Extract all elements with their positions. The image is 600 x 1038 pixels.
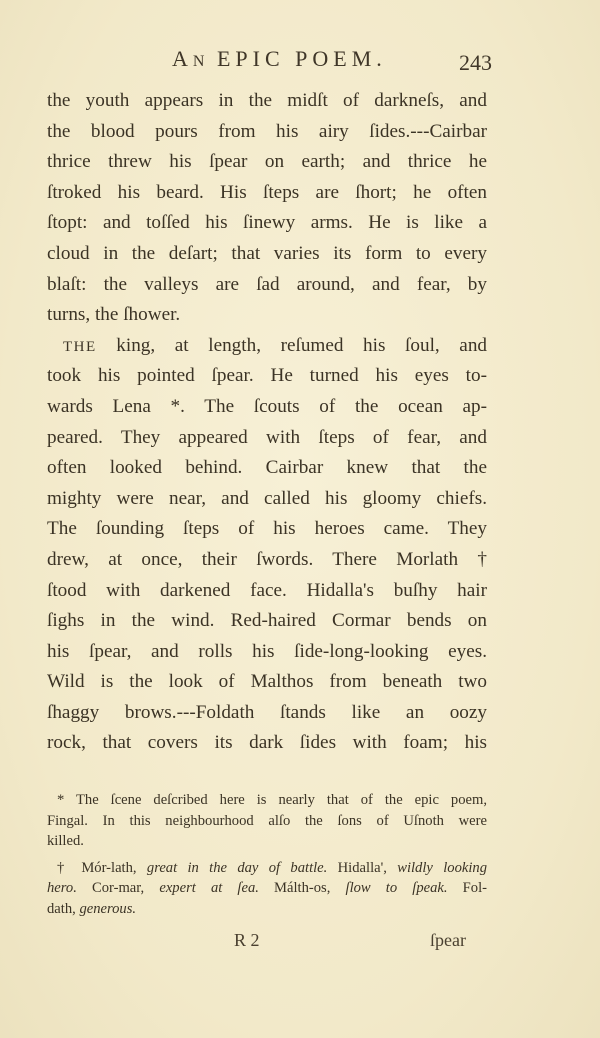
text-line: often looked behind. Cairbar knew that t… — [47, 453, 487, 484]
text-line: his ſpear, and rolls his ſide-long-looki… — [47, 637, 487, 668]
text-line: The ſounding ſteps of his heroes came. T… — [47, 514, 487, 545]
footnote-text: Hidalla', — [327, 860, 397, 876]
signature-mark: R 2 — [234, 930, 260, 951]
page-number: 243 — [459, 50, 492, 76]
text-line: the blood pours from his airy ſides.---C… — [47, 117, 487, 148]
footnote-line: † Mór-lath, great in the day of battle. … — [47, 858, 487, 879]
running-head-prefix: AN — [172, 46, 206, 71]
italic-gloss: hero. — [47, 880, 77, 896]
text-line: Wild is the look of Malthos from beneath… — [47, 667, 487, 698]
text-line: ſtroked his beard. His ſteps are ſhort; … — [47, 178, 487, 209]
text-line: ſighs in the wind. Red-haired Cormar ben… — [47, 606, 487, 637]
running-head: AN EPIC POEM. — [172, 46, 387, 72]
footnote-line: hero. Cor-mar, expert at ſea. Málth-os, … — [47, 878, 487, 899]
text-line: wards Lena *. The ſcouts of the ocean ap… — [47, 392, 487, 423]
text-line: thrice threw his ſpear on earth; and thr… — [47, 147, 487, 178]
text-line: ſtood with darkened face. Hidalla's buſh… — [47, 576, 487, 607]
text-line: drew, at once, their ſwords. There Morla… — [47, 545, 487, 576]
text-line: ſtopt: and toſſed his ſinewy arms. He is… — [47, 208, 487, 239]
footnote-line: Fingal. In this neighbourhood alſo the ſ… — [47, 811, 487, 832]
footnote-line: killed. — [47, 831, 487, 852]
italic-gloss: generous. — [79, 901, 136, 917]
text-line: turns, the ſhower. — [47, 300, 487, 331]
text-line: ſhaggy brows.---Foldath ſtands like an o… — [47, 698, 487, 729]
footnote-text: Cor-mar, — [77, 880, 159, 896]
text-line: THE king, at length, reſumed his ſoul, a… — [47, 331, 487, 362]
footnote-dagger: † Mór-lath, great in the day of battle. … — [47, 858, 487, 920]
text-line: blaſt: the valleys are ſad around, and f… — [47, 270, 487, 301]
footnote-text: Fol- — [448, 880, 487, 896]
italic-gloss: ſlow to ſpeak. — [346, 880, 448, 896]
text-line: peared. They appeared with ſteps of fear… — [47, 423, 487, 454]
text-line: took his pointed ſpear. He turned his ey… — [47, 361, 487, 392]
footnote-text: Málth-os, — [259, 880, 346, 896]
small-caps-lead: THE — [63, 339, 97, 355]
page-header: AN EPIC POEM. 243 — [172, 46, 492, 76]
catchword: ſpear — [430, 930, 466, 951]
paragraph-2: THE king, at length, reſumed his ſoul, a… — [47, 331, 487, 759]
footnote-line: * The ſcene deſcribed here is nearly tha… — [47, 790, 487, 811]
line-rest: king, at length, reſumed his ſoul, and — [116, 335, 487, 356]
paragraph-1: the youth appears in the midſt of darkne… — [47, 86, 487, 331]
footnote-text: † Mór-lath, — [57, 860, 147, 876]
text-line: cloud in the deſart; that varies its for… — [47, 239, 487, 270]
text-line: rock, that covers its dark ſides with fo… — [47, 728, 487, 759]
footnotes: * The ſcene deſcribed here is nearly tha… — [47, 790, 487, 919]
italic-gloss: expert at ſea. — [159, 880, 259, 896]
footnote-text: dath, — [47, 901, 79, 917]
book-page: AN EPIC POEM. 243 the youth appears in t… — [0, 0, 600, 1038]
text-line: the youth appears in the midſt of darkne… — [47, 86, 487, 117]
text-line: mighty were near, and called his gloomy … — [47, 484, 487, 515]
body-text: the youth appears in the midſt of darkne… — [47, 86, 487, 759]
footnote-line: dath, generous. — [47, 899, 487, 920]
italic-gloss: wildly looking — [397, 860, 487, 876]
italic-gloss: great in the day of battle. — [147, 860, 327, 876]
running-head-title: EPIC POEM. — [217, 46, 387, 71]
footnote-asterisk: * The ſcene deſcribed here is nearly tha… — [47, 790, 487, 852]
